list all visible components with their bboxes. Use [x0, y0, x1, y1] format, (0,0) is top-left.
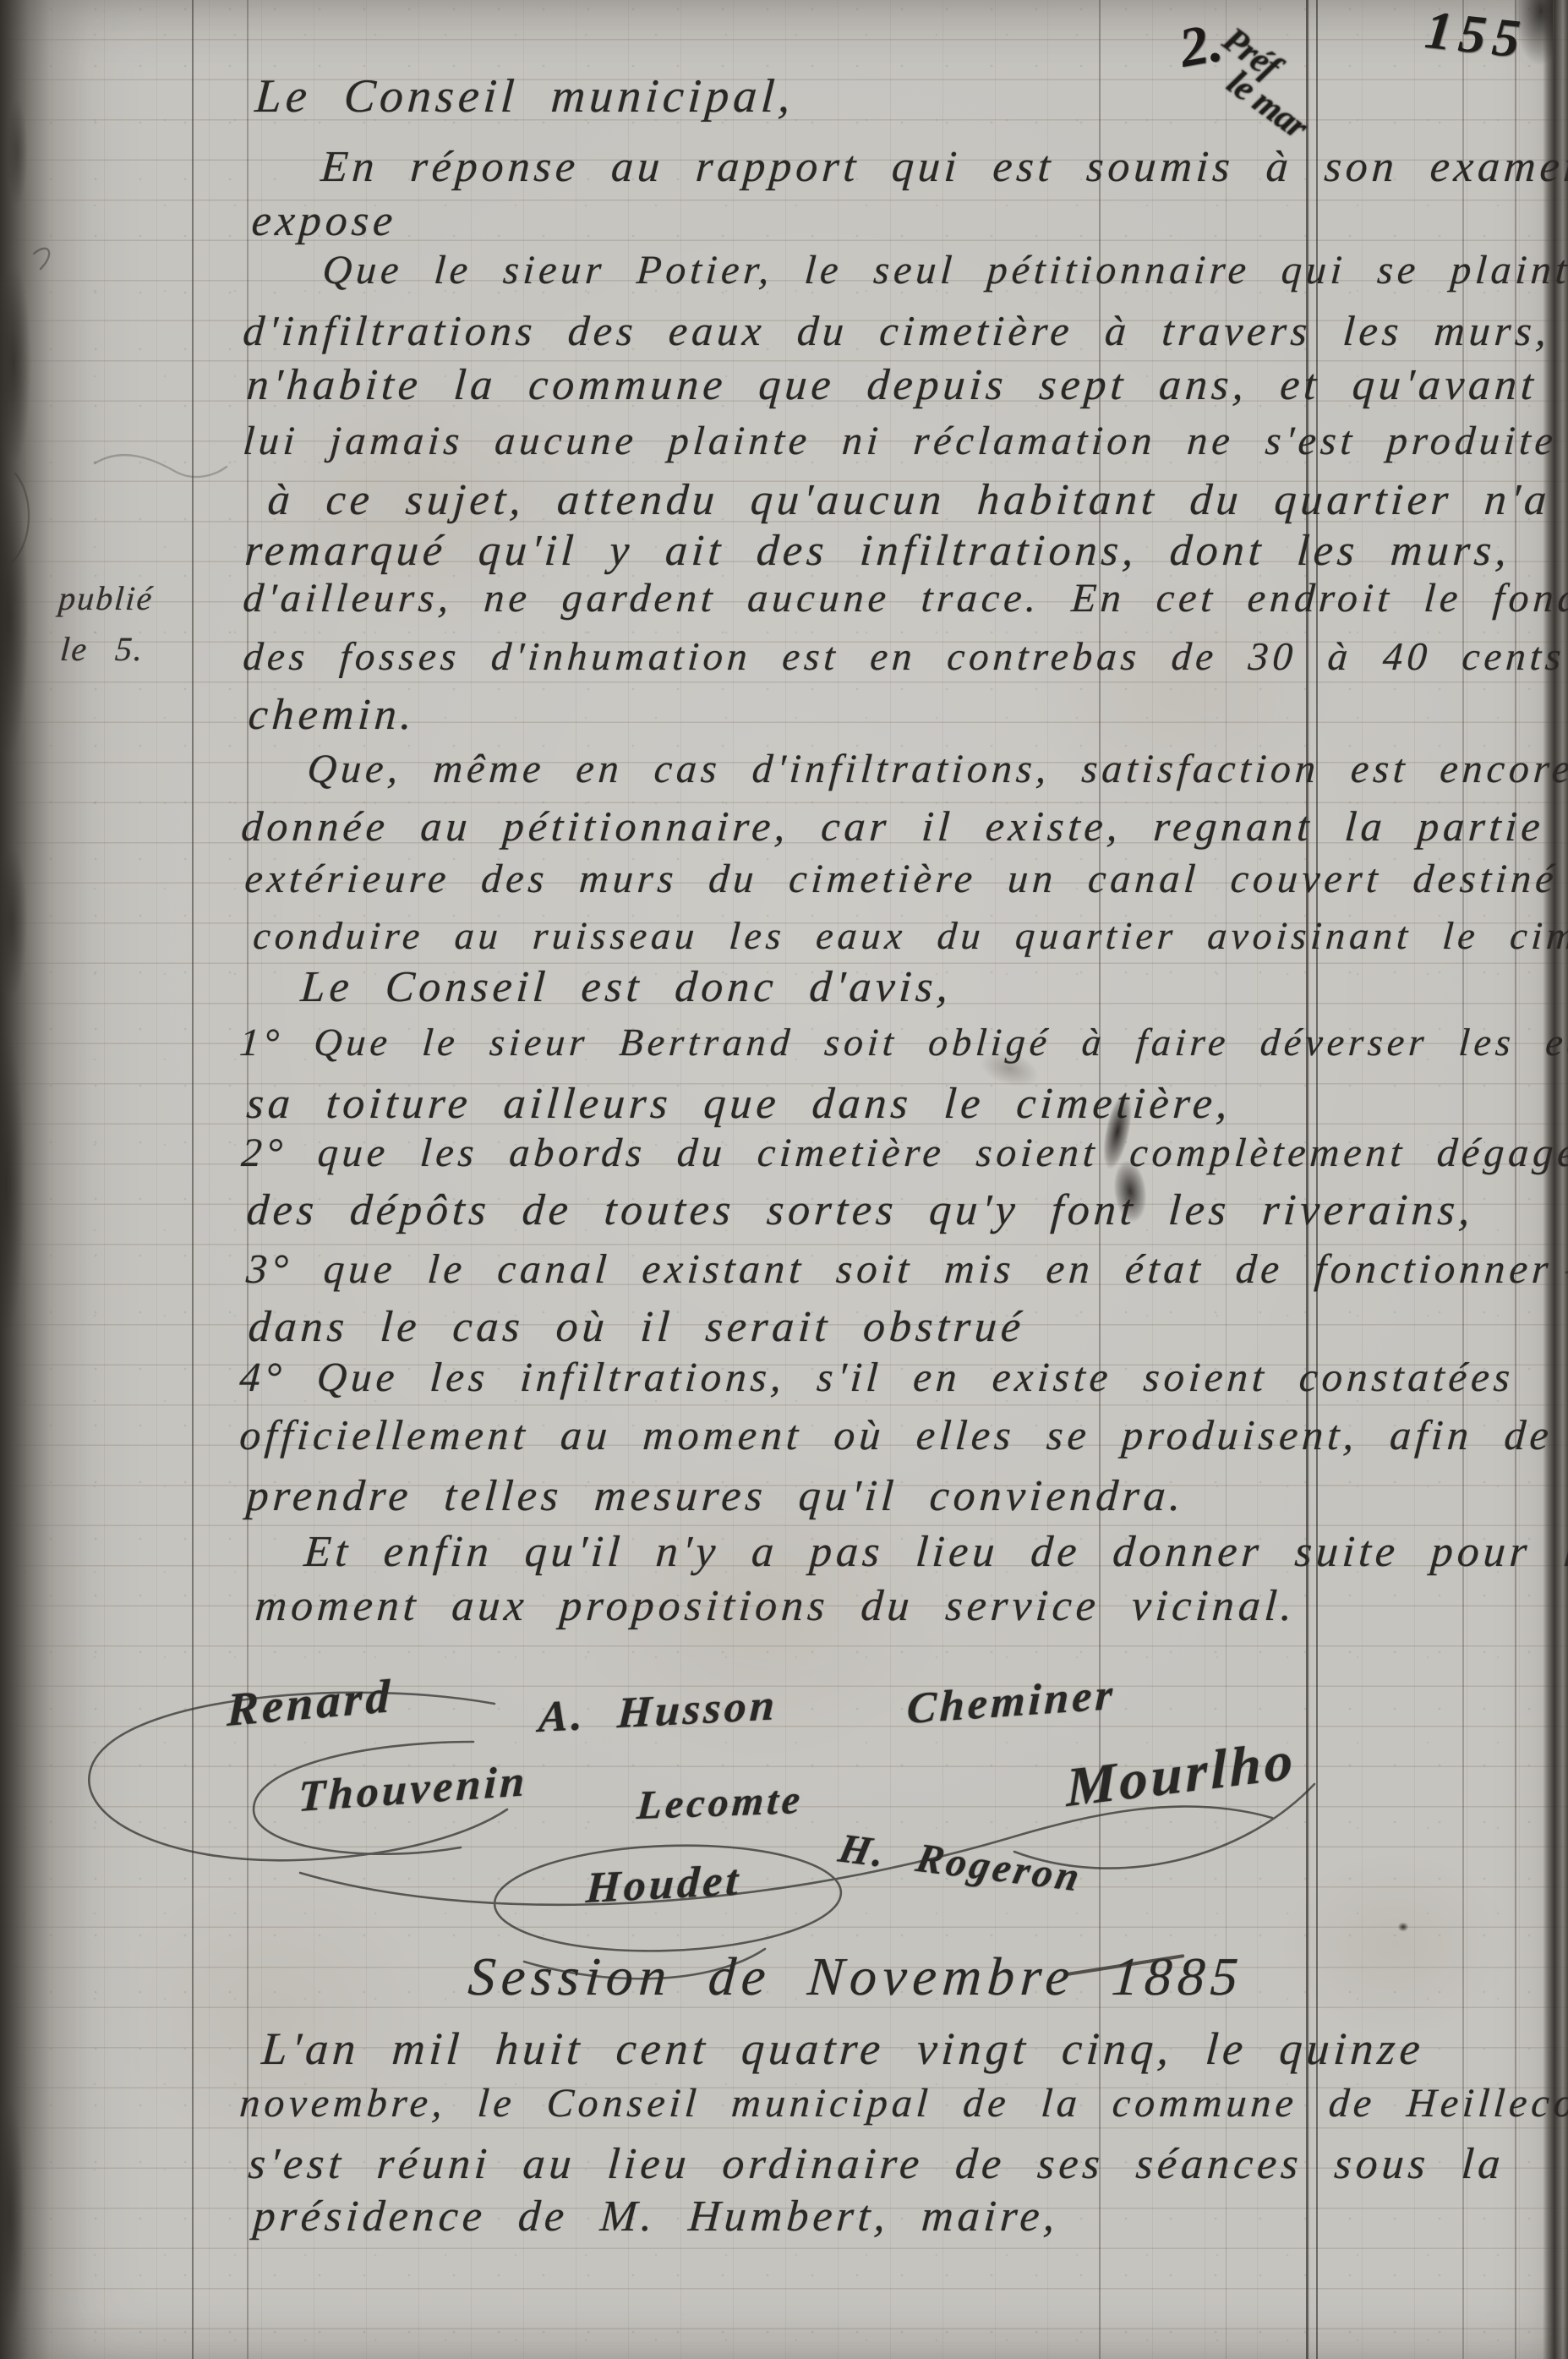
handwritten-line: donnée au pétitionnaire, car il existe, … — [240, 805, 1546, 847]
handwritten-line: conduire au ruisseau les eaux du quartie… — [252, 917, 1568, 955]
handwritten-line: 4° Que les infiltrations, s'il en existe… — [238, 1356, 1516, 1398]
handwritten-line: L'an mil huit cent quatre vingt cinq, le… — [260, 2026, 1426, 2072]
signature: H. Rogeron — [835, 1828, 1086, 1898]
handwritten-line: lui jamais aucune plainte ni réclamation… — [242, 421, 1559, 462]
ink-dot — [1396, 1921, 1410, 1933]
stray-pencil-mark — [95, 455, 227, 477]
signature: Houdet — [585, 1858, 742, 1911]
signature: Renard — [227, 1672, 393, 1734]
handwritten-line: officiellement au moment où elles se pro… — [238, 1414, 1554, 1456]
handwritten-line: 2° que les abords du cimetière soient co… — [240, 1133, 1568, 1174]
signature: Cheminer — [906, 1673, 1117, 1732]
handwritten-line: 1° Que le sieur Bertrand soit obligé à f… — [238, 1023, 1568, 1062]
handwritten-line: dans le cas où il serait obstrué — [247, 1305, 1026, 1349]
signature: Mourlho — [1066, 1733, 1297, 1816]
margin-note-line: le 5. — [59, 632, 145, 666]
handwritten-line: En réponse au rapport qui est soumis à s… — [320, 145, 1568, 189]
page-number: 155 — [1422, 0, 1529, 71]
handwritten-line: n'habite la commune que depuis sept ans,… — [245, 364, 1538, 408]
margin-rule-left — [192, 0, 194, 2359]
handwritten-line: des fosses d'inhumation est en contrebas… — [242, 638, 1568, 677]
handwritten-line: expose — [250, 200, 398, 244]
handwritten-line: remarqué qu'il y ait des infiltrations, … — [243, 529, 1512, 573]
handwritten-line: d'ailleurs, ne gardent aucune trace. En … — [242, 578, 1568, 619]
handwritten-line: 3° que le canal existant soit mis en éta… — [245, 1248, 1568, 1289]
handwritten-line: extérieure des murs du cimetière un cana… — [243, 859, 1568, 900]
handwritten-line: s'est réuni au lieu ordinaire de ses séa… — [247, 2143, 1505, 2187]
ink-flourish-dash — [1565, 1266, 1568, 1274]
handwritten-line: des dépôts de toutes sortes qu'y font le… — [245, 1189, 1476, 1233]
signature: Lecomte — [636, 1780, 805, 1826]
handwritten-line: moment aux propositions du service vicin… — [254, 1585, 1298, 1628]
handwritten-line: Le Conseil est donc d'avis, — [299, 966, 953, 1010]
page-edge-mark — [12, 473, 29, 562]
handwritten-line: Que le sieur Potier, le seul pétitionnai… — [321, 250, 1568, 291]
handwritten-line: prendre telles mesures qu'il conviendra. — [245, 1475, 1187, 1519]
handwritten-line: Le Conseil municipal, — [254, 73, 796, 120]
handwritten-line: novembre, le Conseil municipal de la com… — [238, 2083, 1568, 2124]
register-page-scan: 155 2. Préf le mar publié le 5. Le Conse… — [0, 0, 1568, 2359]
handwritten-line: chemin. — [247, 693, 418, 737]
signature: A. Husson — [538, 1683, 779, 1740]
margin-note-line: publié — [57, 582, 155, 616]
session-heading: Session de Novembre 1885 — [467, 1950, 1246, 2004]
book-binding-edge — [0, 0, 127, 2359]
handwritten-line: d'infiltrations des eaux du cimetière à … — [242, 309, 1552, 352]
handwritten-line: Que, même en cas d'infiltrations, satisf… — [306, 749, 1568, 790]
handwritten-line: à ce sujet, attendu qu'aucun habitant du… — [266, 479, 1552, 523]
page-edge-mark — [34, 249, 49, 269]
handwritten-line: Et enfin qu'il n'y a pas lieu de donner … — [303, 1530, 1568, 1574]
handwritten-line: sa toiture ailleurs que dans le cimetièr… — [245, 1082, 1233, 1126]
handwritten-line: présidence de M. Humbert, maire, — [252, 2195, 1061, 2239]
signature: Thouvenin — [298, 1760, 528, 1820]
